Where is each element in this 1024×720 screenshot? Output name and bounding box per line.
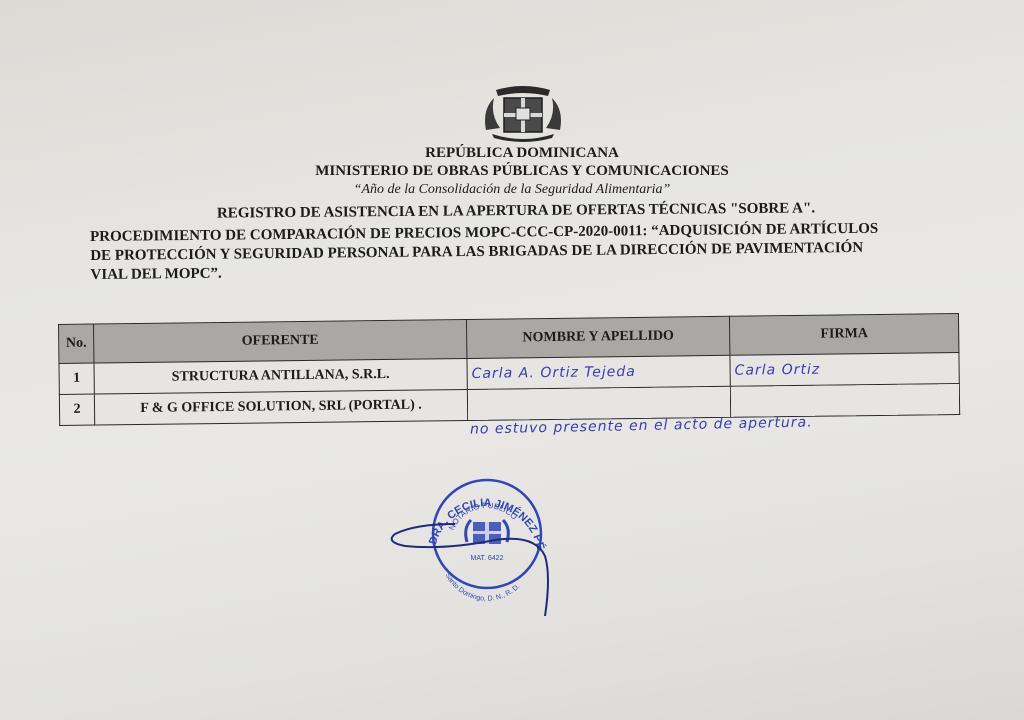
document-page: REPÚBLICA DOMINICANA MINISTERIO DE OBRAS… — [0, 0, 1024, 720]
cell-nombre-handwritten: Carla A. Ortiz Tejeda — [467, 355, 730, 389]
cell-firma-signature: Carla Ortiz — [730, 352, 959, 386]
ministry-heading: MINISTERIO DE OBRAS PÚBLICAS Y COMUNICAC… — [10, 163, 1024, 180]
coat-of-arms-icon — [478, 80, 568, 142]
notary-stamp: DRA. CECILIA JIMÉNEZ PÉREZ NOTARIO PUBLI… — [385, 476, 565, 626]
column-header-firma: FIRMA — [729, 313, 958, 355]
stamp-emblem-icon — [466, 520, 509, 544]
cell-no: 1 — [59, 363, 94, 394]
signature-scribble — [392, 524, 548, 616]
attendance-table: No. OFERENTE NOMBRE Y APELLIDO FIRMA 1 S… — [58, 313, 960, 426]
cell-oferente: F & G OFFICE SOLUTION, SRL (PORTAL) . — [94, 390, 467, 426]
column-header-no: No. — [59, 324, 94, 363]
stamp-registration: MAT. 6422 — [471, 555, 504, 562]
column-header-nombre: NOMBRE Y APELLIDO — [466, 316, 729, 358]
column-header-oferente: OFERENTE — [94, 320, 467, 364]
procedure-description: PROCEDIMIENTO DE COMPARACIÓN DE PRECIOS … — [90, 219, 941, 285]
cell-oferente: STRUCTURA ANTILLANA, S.R.L. — [94, 359, 467, 395]
motto: “Año de la Consolidación de la Seguridad… — [0, 182, 1024, 198]
cell-nombre-handwritten — [467, 386, 730, 420]
cell-no: 2 — [59, 394, 94, 425]
cell-firma-signature — [730, 383, 959, 417]
country-heading: REPÚBLICA DOMINICANA — [10, 145, 1024, 162]
